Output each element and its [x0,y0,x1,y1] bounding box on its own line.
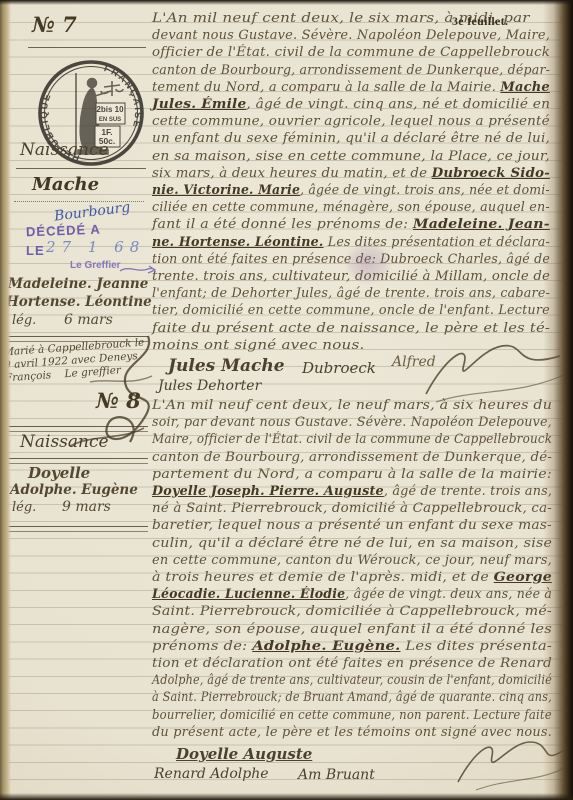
act-line: culin, qu'il a déclaré être né de lui, e… [152,535,573,552]
page-edge-right [543,0,573,800]
naissance-label-1: Naissance [20,140,109,160]
ghost-stamp [338,236,398,290]
death-stamp-line2: LE [26,243,45,258]
number8-flourish-icon [60,330,170,460]
surname-mache: Mache [32,174,99,195]
record7-number: № 7 [32,12,77,37]
act-line: canton de Bourbourg, arrondissement de D… [152,62,539,79]
child7-names-line1: Madeleine. Jeanne [8,276,148,292]
act-line: faite du présent acte de naissance, le p… [152,320,573,337]
act-line: Maire, officier de l'État. civil de la c… [152,431,520,448]
page-edge-bottom [0,793,573,800]
act-line: en cette commune, canton du Wérouck, ce … [152,552,552,569]
act-line: baretier, lequel nous a présenté un enfa… [152,517,573,534]
act-line: nagère, son épouse, auquel enfant il a é… [152,621,573,638]
svg-text:EN SUS: EN SUS [99,117,121,123]
folio-label: 3e feuillet. [452,14,508,29]
act-line: canton de Bourbourg, arrondissement de D… [152,449,564,466]
act-line: à trois heures et demie de l'après. midi… [152,569,573,586]
stamp-surcharge-plaque: 2bis 10 EN SUS [96,103,125,124]
act-line: fant il a été donné les prénoms de: Made… [152,216,573,233]
signature-renard-adolphe: Renard Adolphe [154,766,269,782]
act-line: en sa maison, sise en cette commune, la … [152,148,573,165]
child7-names-line2: Hortense. Léontine [6,294,152,310]
signature-jules-dehorter: Jules Dehorter [158,378,261,394]
signature-dubroeck: Dubroeck [302,359,376,377]
act-line: officier de l'État. civil de la commune … [152,44,564,61]
act2-text: L'An mil neuf cent deux, le neuf mars, à… [152,397,552,741]
act-line: soir, par devant nous Gustave. Sévère. N… [152,414,542,431]
signature-bruant: Am Bruant [298,767,375,783]
act-line: tier, domicilié en cette commune, oncle … [152,302,545,319]
act-line: tement du Nord, a comparu à la salle de … [152,79,552,96]
death-stamp-clerk-label: Le Greffier [70,260,121,271]
act-line: Léocadie. Lucienne. Élodie, âgée de ving… [152,586,537,603]
act-line: Doyelle Joseph. Pierre. Auguste, âgé de … [152,483,544,500]
act-line: né à Saint. Pierrebrouck, domicilié à Ca… [152,500,564,517]
act-line: devant nous Gustave. Sévère. Napoléon De… [152,27,551,44]
rule [16,168,146,169]
registry-page: № 7 RÉPUBLIQUE FRANÇAISE [0,0,573,800]
svg-text:2bis 10: 2bis 10 [96,105,124,114]
act-line: cette commune, ouvrier agricole, lequel … [152,113,566,130]
child7-date: 6 mars [64,312,113,328]
act-line: nie. Victorine. Marie, âgée de vingt. tr… [152,182,535,199]
act-line: tion et déclaration ont été faites en pr… [152,655,573,672]
act-line: bourrelier, domicilié en cette commune, … [152,707,510,724]
binding-edge [0,0,11,800]
child8-date: 9 mars [62,499,111,515]
act-line: Adolphe, âgé de trente ans, cultivateur,… [152,672,497,689]
act-line: Jules. Émile, âgé de vingt. cinq ans, né… [152,96,573,113]
signature-doyelle-auguste: Doyelle Auguste [176,745,312,763]
rule [5,526,148,532]
act-line: six mars, à deux heures du matin, et de … [152,165,562,182]
rule [28,47,146,48]
page-edge-top [0,0,573,5]
act-line: Saint. Pierrebrouck, domiciliée à Cappel… [152,603,573,620]
act-line: l'enfant; de Dehorter Jules, âgé de tren… [152,285,544,302]
act-line: partement du Nord, a comparu à la salle … [152,466,573,483]
act1-text: L'An mil neuf cent deux, le six mars, à … [152,10,552,354]
death-stamp-line1: DÉCÉDÉ A [26,222,101,240]
surname-doyelle: Doyelle [28,464,90,482]
death-stamp-date: 27 1 68 [46,238,145,256]
signature-jules-mache: Jules Mache [168,356,285,376]
act-line: à Saint. Pierrebrouck; de Bruant Amand, … [152,689,498,706]
death-stamp-place: Bourbourg [53,199,131,224]
act-line: un enfant du sexe féminin, qu'il a décla… [152,130,570,147]
act-line: L'An mil neuf cent deux, le six mars, à … [152,10,573,27]
act-line: ciliée en cette commune, ménagère, son é… [152,199,544,216]
child8-names: Adolphe. Eugène [10,482,138,498]
child8-legitimacy: lég. [12,500,36,515]
act-line: prénoms de: Adolphe. Eugène. Les dites p… [152,638,573,655]
child7-legitimacy: lég. [12,313,36,328]
